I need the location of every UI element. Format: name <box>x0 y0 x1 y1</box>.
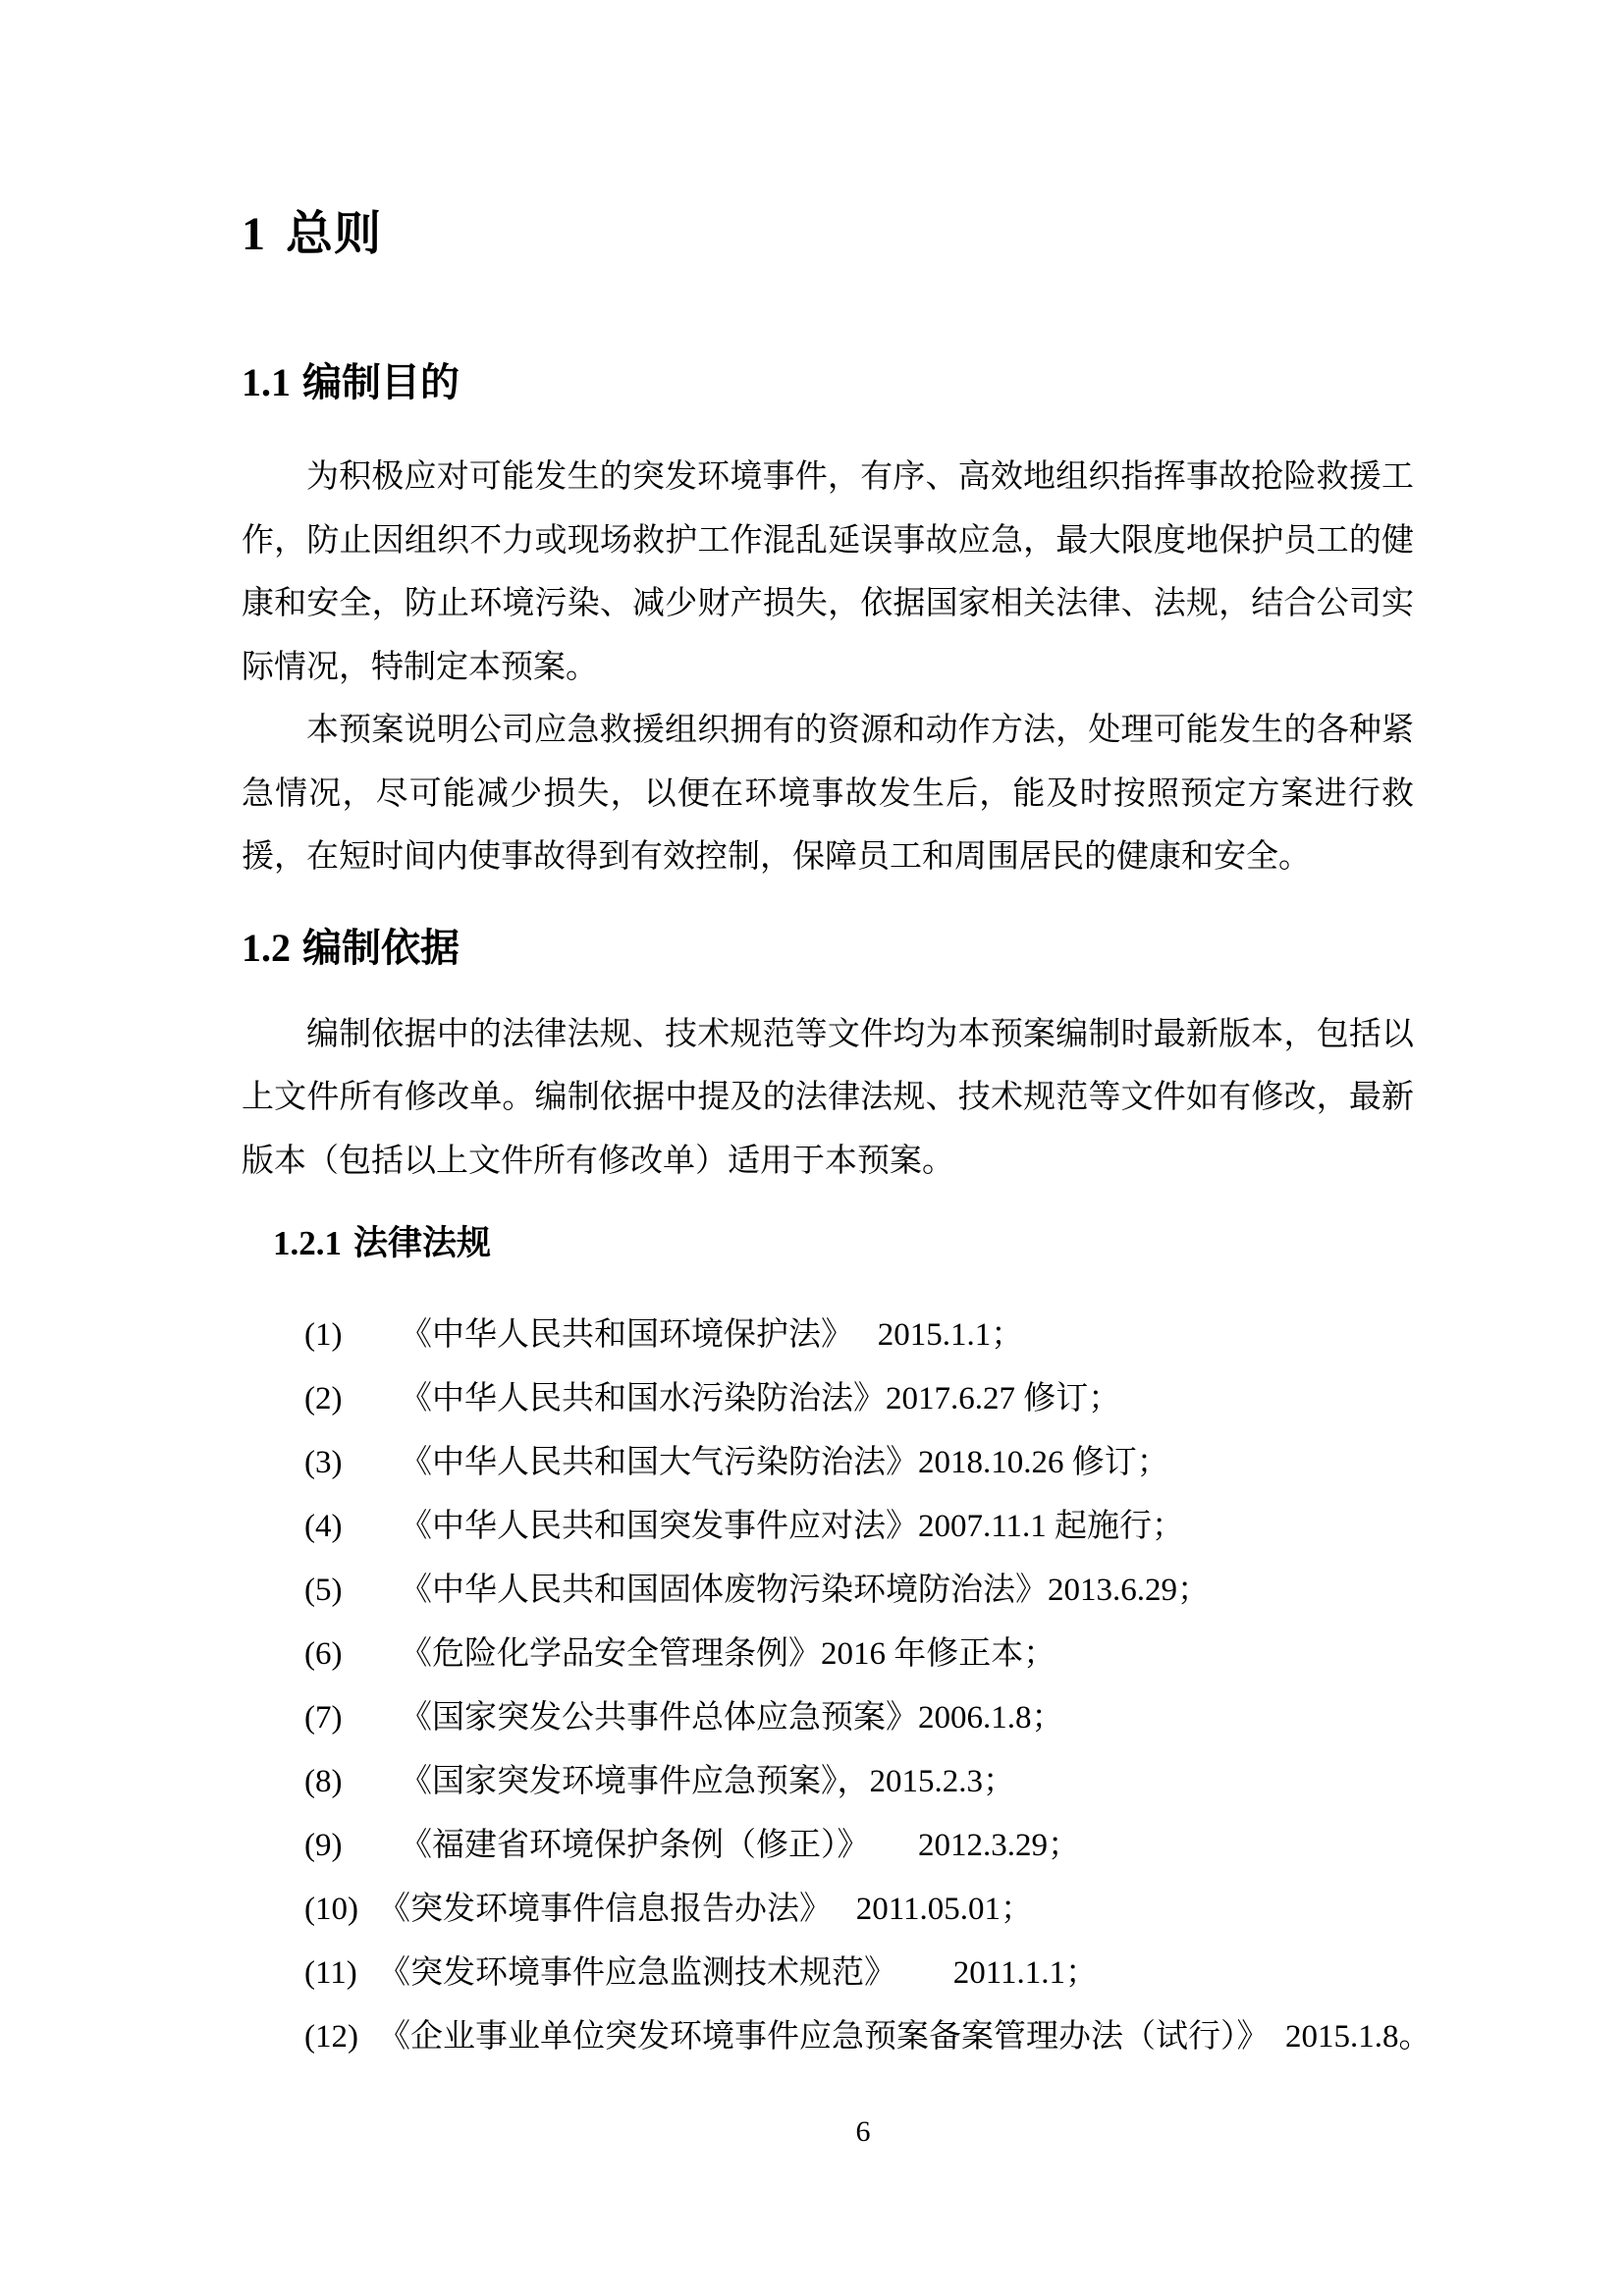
list-item-number: (5) <box>304 1559 400 1623</box>
list-item-text: 《企业事业单位突发环境事件应急预案备案管理办法（试行）》 2015.1.8。 <box>378 2019 1432 2055</box>
subsection-1-2-1-number: 1.2.1 <box>273 1224 342 1262</box>
legal-references-list: (1)《中华人民共和国环境保护法》 2015.1.1； (2)《中华人民共和国水… <box>242 1304 1414 2069</box>
list-item-number: (11) <box>304 1942 378 2005</box>
list-item-number: (10) <box>304 1878 378 1942</box>
list-item-text: 《国家突发公共事件总体应急预案》2006.1.8； <box>400 1700 1064 1735</box>
list-item-text: 《福建省环境保护条例（修正）》 2012.3.29； <box>400 1828 1080 1863</box>
page-content: 1总则 1.1编制目的 为积极应对可能发生的突发环境事件，有序、高效地组织指挥事… <box>242 0 1414 2152</box>
chapter-title: 总则 <box>286 208 382 260</box>
chapter-heading: 1总则 <box>242 206 1414 263</box>
list-item: (8)《国家突发环境事件应急预案》，2015.2.3； <box>304 1750 1414 1814</box>
list-item-text: 《突发环境事件信息报告办法》 2011.05.01； <box>378 1892 1033 1927</box>
list-item-number: (1) <box>304 1304 400 1367</box>
list-item: (11)《突发环境事件应急监测技术规范》 2011.1.1； <box>304 1942 1414 2005</box>
list-item-number: (9) <box>304 1814 400 1878</box>
subsection-heading-1-2-1: 1.2.1法律法规 <box>273 1223 1414 1264</box>
list-item: (2)《中华人民共和国水污染防治法》2017.6.27 修订； <box>304 1367 1414 1431</box>
list-item-number: (3) <box>304 1431 400 1495</box>
list-item: (7)《国家突发公共事件总体应急预案》2006.1.8； <box>304 1686 1414 1750</box>
document-page: 1总则 1.1编制目的 为积极应对可能发生的突发环境事件，有序、高效地组织指挥事… <box>0 0 1624 2296</box>
list-item: (4)《中华人民共和国突发事件应对法》2007.11.1 起施行； <box>304 1495 1414 1559</box>
list-item: (3)《中华人民共和国大气污染防治法》2018.10.26 修订； <box>304 1431 1414 1495</box>
list-item-number: (12) <box>304 2005 378 2069</box>
section-1-2-title: 编制依据 <box>302 927 460 970</box>
list-item: (5)《中华人民共和国固体废物污染环境防治法》2013.6.29； <box>304 1559 1414 1623</box>
section-heading-1-2: 1.2编制依据 <box>242 925 1414 972</box>
list-item: (10)《突发环境事件信息报告办法》 2011.05.01； <box>304 1878 1414 1942</box>
list-item-text: 《中华人民共和国环境保护法》 2015.1.1； <box>400 1317 1023 1353</box>
list-item-number: (4) <box>304 1495 400 1559</box>
list-item-text: 《中华人民共和国突发事件应对法》2007.11.1 起施行； <box>400 1509 1184 1544</box>
list-item-text: 《国家突发环境事件应急预案》，2015.2.3； <box>400 1764 1015 1799</box>
list-item: (9)《福建省环境保护条例（修正）》 2012.3.29； <box>304 1814 1414 1878</box>
paragraph-purpose-1: 为积极应对可能发生的突发环境事件，有序、高效地组织指挥事故抢险救援工作，防止因组… <box>242 446 1414 699</box>
subsection-1-2-1-title: 法律法规 <box>353 1224 491 1262</box>
list-item: (6)《危险化学品安全管理条例》2016 年修正本； <box>304 1623 1414 1686</box>
list-item-number: (6) <box>304 1623 400 1686</box>
list-item-number: (7) <box>304 1686 400 1750</box>
list-item-text: 《危险化学品安全管理条例》2016 年修正本； <box>400 1636 1056 1672</box>
list-item-text: 《中华人民共和国固体废物污染环境防治法》2013.6.29； <box>400 1573 1210 1608</box>
chapter-number: 1 <box>242 208 266 260</box>
section-1-1-number: 1.1 <box>242 360 291 404</box>
paragraph-purpose-2: 本预案说明公司应急救援组织拥有的资源和动作方法，处理可能发生的各种紧急情况，尽可… <box>242 699 1414 889</box>
section-heading-1-1: 1.1编制目的 <box>242 359 1414 406</box>
paragraph-basis: 编制依据中的法律法规、技术规范等文件均为本预案编制时最新版本，包括以上文件所有修… <box>242 1003 1414 1194</box>
list-item-text: 《中华人民共和国大气污染防治法》2018.10.26 修订； <box>400 1445 1169 1480</box>
list-item: (1)《中华人民共和国环境保护法》 2015.1.1； <box>304 1304 1414 1367</box>
list-item-text: 《中华人民共和国水污染防治法》2017.6.27 修订； <box>400 1381 1120 1416</box>
list-item-number: (8) <box>304 1750 400 1814</box>
section-1-2-number: 1.2 <box>242 926 291 970</box>
list-item: (12)《企业事业单位突发环境事件应急预案备案管理办法（试行）》 2015.1.… <box>304 2005 1414 2069</box>
section-1-1-title: 编制目的 <box>302 361 460 404</box>
page-number: 6 <box>277 2112 1449 2152</box>
list-item-text: 《突发环境事件应急监测技术规范》 2011.1.1； <box>378 1955 1098 1991</box>
list-item-number: (2) <box>304 1367 400 1431</box>
